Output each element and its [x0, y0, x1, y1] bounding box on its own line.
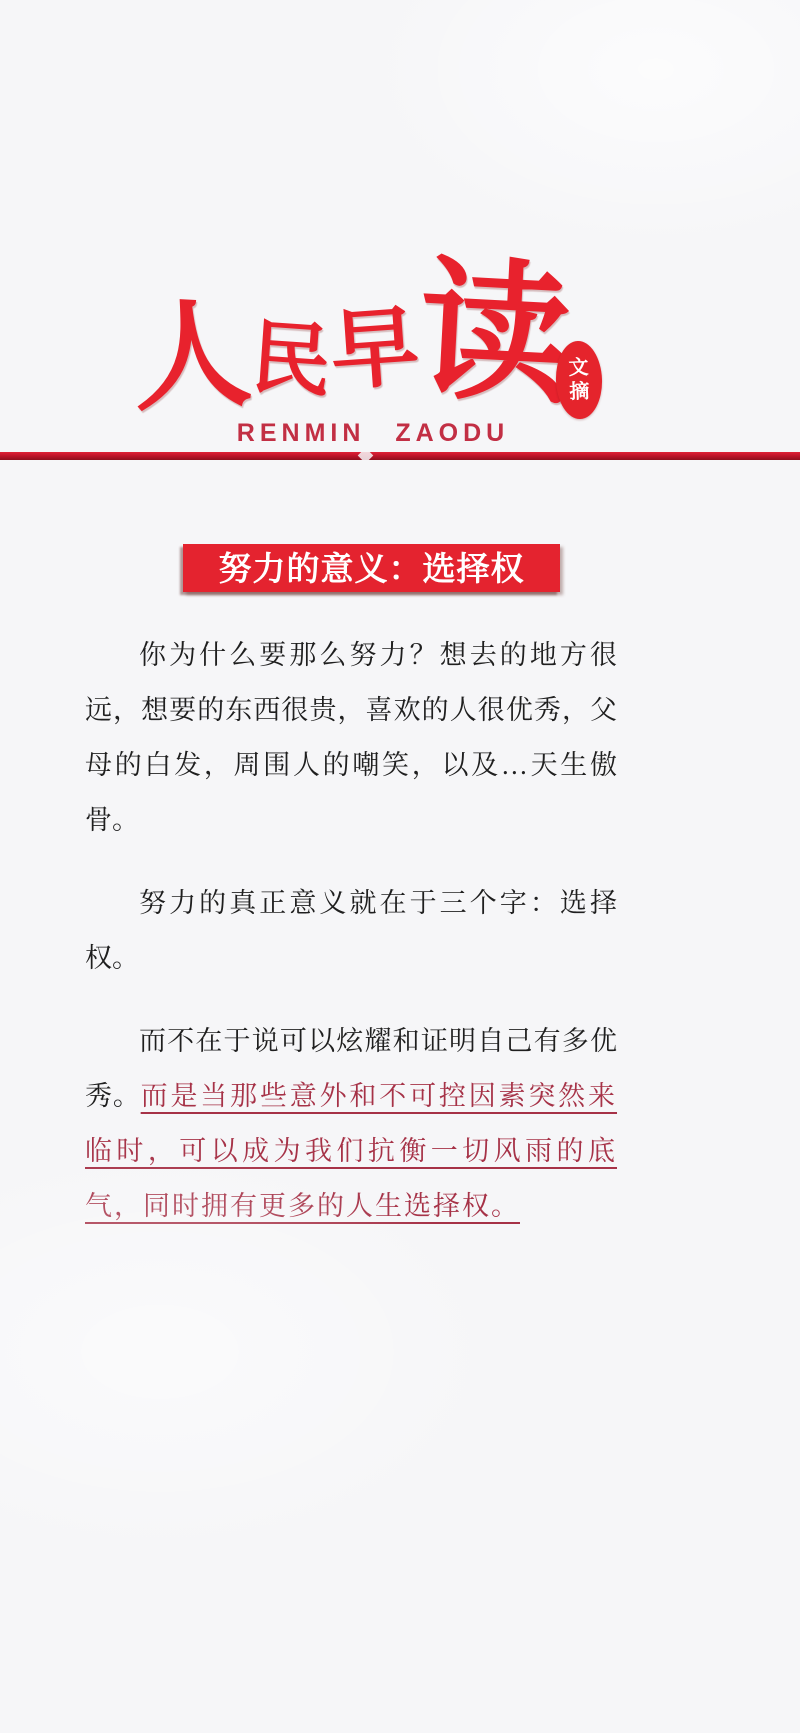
seal-character-top: 文 — [568, 356, 589, 381]
logo-romanized-text: RENMIN ZAODU — [133, 419, 613, 448]
paragraph-1: 你为什么要那么努力？想去的地方很远，想要的东西很贵，喜欢的人很优秀，父母的白发，… — [85, 628, 617, 848]
logo-character: 民 — [248, 318, 333, 403]
logo-character: 人 — [130, 296, 254, 420]
page: 人 民 早 读 文 摘 RENMIN ZAODU 努力的意义：选择权 你为什么要… — [0, 0, 800, 1733]
logo-character: 早 — [328, 304, 422, 398]
divider-diamond-icon — [358, 448, 374, 464]
paragraph-3-red-underlined-text: 而是当那些意外和不可控因素突然来临时，可以成为我们抗衡一切风雨的底气，同时拥有更… — [85, 1081, 617, 1221]
logo-character: 读 — [415, 255, 575, 415]
red-divider-rule — [0, 452, 800, 460]
article-title-banner: 努力的意义：选择权 — [183, 544, 560, 592]
seal-character-bottom: 摘 — [569, 380, 590, 405]
article-body: 你为什么要那么努力？想去的地方很远，想要的东西很贵，喜欢的人很优秀，父母的白发，… — [85, 628, 617, 1262]
paragraph-3: 而不在于说可以炫耀和证明自己有多优秀。而是当那些意外和不可控因素突然来临时，可以… — [85, 1014, 617, 1234]
paragraph-2: 努力的真正意义就在于三个字：选择权。 — [85, 876, 617, 986]
brand-logo: 人 民 早 读 — [112, 252, 592, 417]
